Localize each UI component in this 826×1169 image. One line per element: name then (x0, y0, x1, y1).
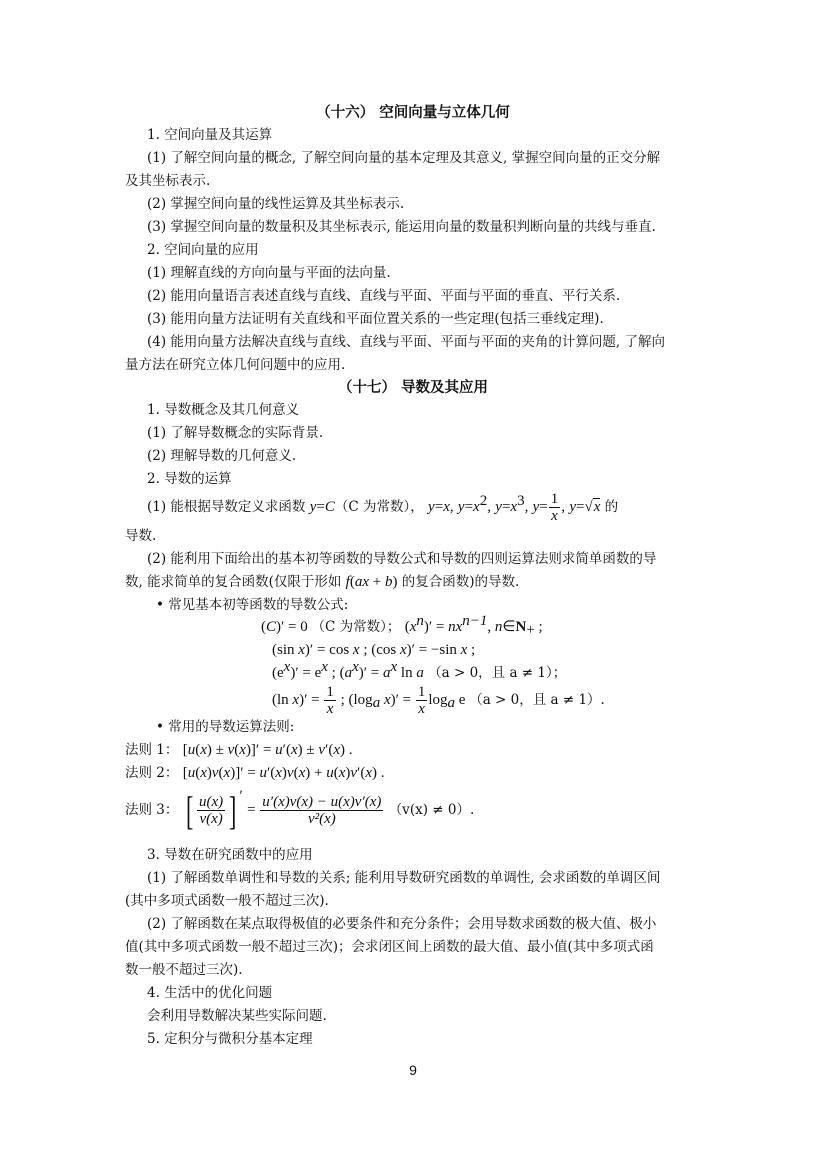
bullet-heading: • 常见基本初等函数的导数公式: (156, 596, 348, 614)
paragraph: (1) 了解导数概念的实际背景. (147, 424, 323, 442)
subsection-heading: 1. 导数概念及其几何意义 (147, 401, 299, 419)
section-title-17: （十七） 导数及其应用 (0, 379, 826, 397)
rule-2: 法则 2： [u(x)v(x)]′ = u′(x)v(x) + u(x)v′(x… (125, 764, 385, 782)
subsection-heading: 5. 定积分与微积分基本定理 (147, 1030, 313, 1048)
text: 数, 能求简单的复合函数(仅限于形如 (125, 574, 341, 590)
bullet-heading: • 常用的导数运算法则: (156, 718, 294, 736)
paragraph: (2) 理解导数的几何意义. (147, 447, 296, 465)
rule-1: 法则 1： [u(x) ± v(x)]′ = u′(x) ± v′(x) . (125, 741, 352, 759)
paragraph: 会利用导数解决某些实际问题. (147, 1007, 327, 1025)
text: （a > 0，且 a ≠ 1）； (428, 665, 566, 681)
text: (1) 能根据导数定义求函数 (147, 499, 305, 515)
paragraph: 值(其中多项式函数一般不超过三次)；会求闭区间上函数的最大值、最小值(其中多项式… (125, 938, 654, 956)
paragraph-derivative-definition: (1) 能根据导数定义求函数 y=C（C 为常数）， y=x, y=x2, y=… (147, 490, 618, 524)
text: （a > 0，且 a ≠ 1）. (469, 692, 605, 708)
paragraph: (2) 了解函数在某点取得极值的必要条件和充分条件；会用导数求函数的极大值、极小 (147, 915, 656, 933)
paragraph: 数, 能求简单的复合函数(仅限于形如 f(ax + b) 的复合函数)的导数. (125, 573, 519, 591)
formula-line: (ex)′ = ex ; (ax)′ = ax ln a （a > 0，且 a … (272, 664, 566, 682)
text: 的 (605, 499, 619, 515)
paragraph: (3) 掌握空间向量的数量积及其坐标表示, 能运用向量的数量积判断向量的共线与垂… (147, 218, 656, 236)
paragraph: (其中多项式函数一般不超过三次). (125, 892, 329, 910)
paragraph: (2) 掌握空间向量的线性运算及其坐标表示. (147, 195, 404, 213)
paragraph: 量方法在研究立体几何问题中的应用. (125, 356, 345, 374)
subsection-heading: 3. 导数在研究函数中的应用 (147, 846, 313, 864)
formula-line: (ln x)′ = 1x ; (loga x)′ = 1xloga e （a >… (272, 682, 605, 718)
subsection-heading: 1. 空间向量及其运算 (147, 126, 272, 144)
paragraph: (1) 了解函数单调性和导数的关系; 能利用导数研究函数的单调性, 会求函数的单… (147, 869, 660, 887)
paragraph: (3) 能用向量方法证明有关直线和平面位置关系的一些定理(包括三垂线定理). (147, 310, 604, 328)
text: 的复合函数)的导数. (402, 574, 520, 590)
text: （v(x) ≠ 0）. (389, 802, 475, 818)
page-number: 9 (0, 1062, 826, 1078)
formula-line: (C)′ = 0 （C 为常数）； (xn)′ = nxn−1, n∈N+ ; (261, 618, 543, 636)
paragraph: (2) 能用向量语言表述直线与直线、直线与平面、平面与平面的垂直、平行关系. (147, 287, 620, 305)
formula-line: (sin x)′ = cos x ; (cos x)′ = −sin x ; (272, 641, 475, 659)
paragraph: (2) 能利用下面给出的基本初等函数的导数公式和导数的四则运算法则求简单函数的导 (147, 550, 656, 568)
rule-label: 法则 2： (125, 765, 178, 781)
rule-label: 法则 3： (125, 802, 178, 818)
text: （C 为常数）， (335, 499, 424, 515)
text: （C 为常数）； (312, 619, 401, 635)
paragraph: (4) 能用向量方法解决直线与直线、直线与平面、平面与平面的夹角的计算问题, 了… (147, 333, 665, 351)
paragraph: 数一般不超过三次). (125, 961, 243, 979)
paragraph: 导数. (125, 527, 156, 545)
fraction: 1x (549, 491, 561, 524)
paragraph: (1) 了解空间向量的概念, 了解空间向量的基本定理及其意义, 掌握空间向量的正… (147, 149, 660, 167)
document-page: （十六） 空间向量与立体几何 1. 空间向量及其运算 (1) 了解空间向量的概念… (0, 0, 826, 1169)
subsection-heading: 2. 导数的运算 (147, 470, 232, 488)
rule-label: 法则 1： (125, 742, 178, 758)
section-title-16: （十六） 空间向量与立体几何 (0, 104, 826, 122)
paragraph: 及其坐标表示. (125, 172, 210, 190)
rule-3: 法则 3： [u(x)v(x)]′ = u′(x)v(x) − u(x)v′(x… (125, 790, 474, 831)
paragraph: (1) 理解直线的方向向量与平面的法向量. (147, 264, 391, 282)
subsection-heading: 4. 生活中的优化问题 (147, 984, 272, 1002)
subsection-heading: 2. 空间向量的应用 (147, 241, 259, 259)
